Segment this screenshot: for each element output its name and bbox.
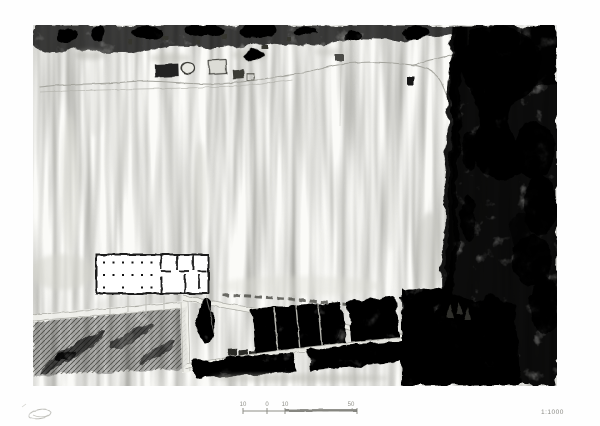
small-building-icon [233,70,245,80]
hatched-field [33,301,190,376]
dark-building-icon [155,64,179,78]
map-area [30,23,560,386]
scale-label-right: 50 [348,402,355,408]
scanned-site-plan-page: 10 0 10 50 1:1000 [0,0,600,426]
round-structure-icon [182,62,195,74]
outlined-building-icon [209,60,227,75]
site-plan-drawing: 10 0 10 50 1:1000 [0,0,600,426]
scale-ratio-label: 1:1000 [541,409,564,416]
scale-bar-fill [285,409,357,412]
scale-label-mid: 10 [282,402,289,408]
scale-label-left: 10 [240,402,247,408]
